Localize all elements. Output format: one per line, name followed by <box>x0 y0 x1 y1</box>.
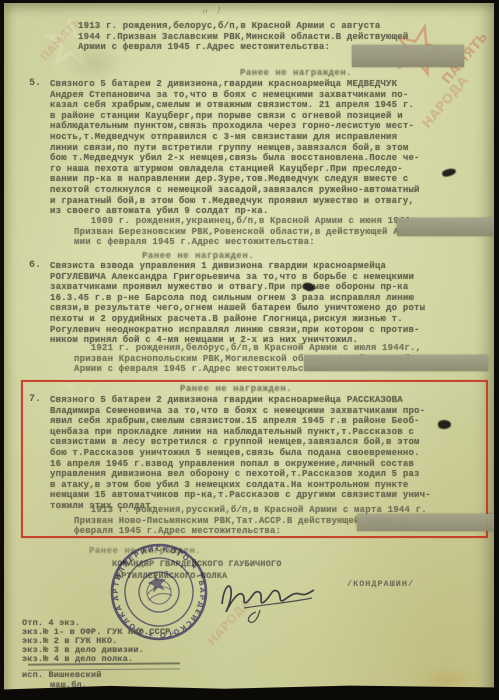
watermark-text: НАРОДА <box>420 73 472 131</box>
pencil-mark: 〃 ﾉ <box>199 2 222 21</box>
typed-line: 1909 г. рождения,украинец,б/п,в Красной … <box>74 216 421 227</box>
ink-mark <box>441 167 456 178</box>
typed-line: вании пр-ка в направлении дер.Зуре,тов.М… <box>50 174 420 185</box>
typed-line: связи,в результате чего,огнем нашей бата… <box>50 303 425 314</box>
typed-line: бою т.Медведчук убил 2-х немцев,связь бы… <box>50 153 420 164</box>
typed-line: ность,т.Медведчук отправился с 3-мя связ… <box>50 132 420 143</box>
not-awarded-heading: Ранее не награжден. <box>142 251 254 261</box>
not-awarded-heading: Ранее не награжден. <box>240 68 352 78</box>
paragraph-7-text: Связного 5 батареи 2 дивизиона гвардии к… <box>50 395 431 512</box>
typed-line: Андрея Степановича за то,что в боях с не… <box>50 90 420 101</box>
typed-line: казал себя храбрым,смелым и отважным свя… <box>50 100 420 111</box>
signature <box>214 574 324 626</box>
typed-line: 16 апреля 1945 г.взвод управления попал … <box>50 459 431 470</box>
paragraph-number: 5. <box>29 78 41 89</box>
typed-line: Рогулевич неоднократно исправлял линию с… <box>50 325 425 336</box>
watermark-text: ПАМЯТЬ <box>38 15 83 63</box>
typed-line: явил себя храбрым,смелым связистом.15 ап… <box>50 416 431 427</box>
stamp-star-icon <box>146 572 168 593</box>
paragraph-number: 7. <box>29 394 41 405</box>
typed-line: РОГУЛЕВИЧА Александра Григорьевича за то… <box>50 272 425 283</box>
typed-line: пехоты и 2 орудийных расчета.В районе Гл… <box>50 314 425 325</box>
commander-name-stamp: /КОНДРАШИН/ <box>347 579 414 589</box>
redaction-box <box>397 218 494 236</box>
typed-line: Призван Березновским РВК,Ровенской облас… <box>74 227 421 238</box>
typed-line: 16.3.45 г.в р-не Барсола под сильным огн… <box>50 293 425 304</box>
typed-line: Связного 5 батареи 2 дивизиона,гвардии к… <box>50 79 420 90</box>
typed-line: Владимира Семеновича за то,что в боях с … <box>50 406 431 417</box>
paragraph-5-text: Связного 5 батареи 2 дивизиона,гвардии к… <box>50 79 420 217</box>
typed-line: захватчиками проявил мужество и отвагу.П… <box>50 282 425 293</box>
scanned-award-document: ПАМЯТЬ НАРОДА ПАМЯТЬ НАРОДА 1913 г. рожд… <box>0 0 499 700</box>
typed-line: в атаку,в этом бою убил 3 немецких солда… <box>50 480 431 491</box>
redaction-box <box>304 355 488 371</box>
paper-sheet: ПАМЯТЬ НАРОДА ПАМЯТЬ НАРОДА 1913 г. рожд… <box>4 3 494 700</box>
paragraph-number: 6. <box>29 260 41 271</box>
executor-line: исп. Вишневский <box>22 670 102 681</box>
paragraph-6-text: Связиста взвода управления 1 дивизиона г… <box>50 261 425 346</box>
typed-line: мии с февраля 1945 г.Адрес местожительст… <box>74 237 421 248</box>
typed-line: ценбаза при прокладке линии на наблюдате… <box>50 427 431 438</box>
typed-line: бою т.Рассказов уничтожил 5 немцев,связь… <box>50 448 431 459</box>
typed-line: пехотой столкнулся с немецкой засадой,за… <box>50 185 420 196</box>
typed-line: 1921 г. рождения,белорус,б/п,в Красной А… <box>74 343 421 354</box>
distribution-list: Отп. 4 экз.экз.№ 1- в ОФР. ГУК НКО.СССР.… <box>22 619 176 664</box>
typed-line: немцами 15 автоматчиков пр-ка,т.Рассказо… <box>50 490 431 501</box>
typed-line: и гранатный бой,в этом бою т.Медведчук п… <box>50 196 420 207</box>
paragraph-5-bio: 1909 г. рождения,украинец,б/п,в Красной … <box>74 216 421 248</box>
redaction-box <box>357 514 494 531</box>
typed-line: Связного 5 батареи 2 дивизиона гвардии к… <box>50 395 431 406</box>
typed-line: го наша пехота штурмом овладела станцией… <box>50 164 420 175</box>
redaction-box <box>352 45 464 67</box>
typed-line: 1913 г. рождения,белорус,б/п,в Красной А… <box>78 21 408 32</box>
typed-line: управления дивизиона вел оборону с пехот… <box>50 469 431 480</box>
typed-line: связистами в лесу встретился с группой н… <box>50 437 431 448</box>
typed-line: наблюдательным пунктом,связь проходила ч… <box>50 121 420 132</box>
typed-line: Связиста взвода управления 1 дивизиона г… <box>50 261 425 272</box>
typed-line: в районе станции Кауцберг,при порыве свя… <box>50 111 420 122</box>
typed-line: линии связи,по пути встретили группу нем… <box>50 143 420 154</box>
typed-line: 1944 г.Призван Заславским РВК,Минской об… <box>78 32 408 43</box>
